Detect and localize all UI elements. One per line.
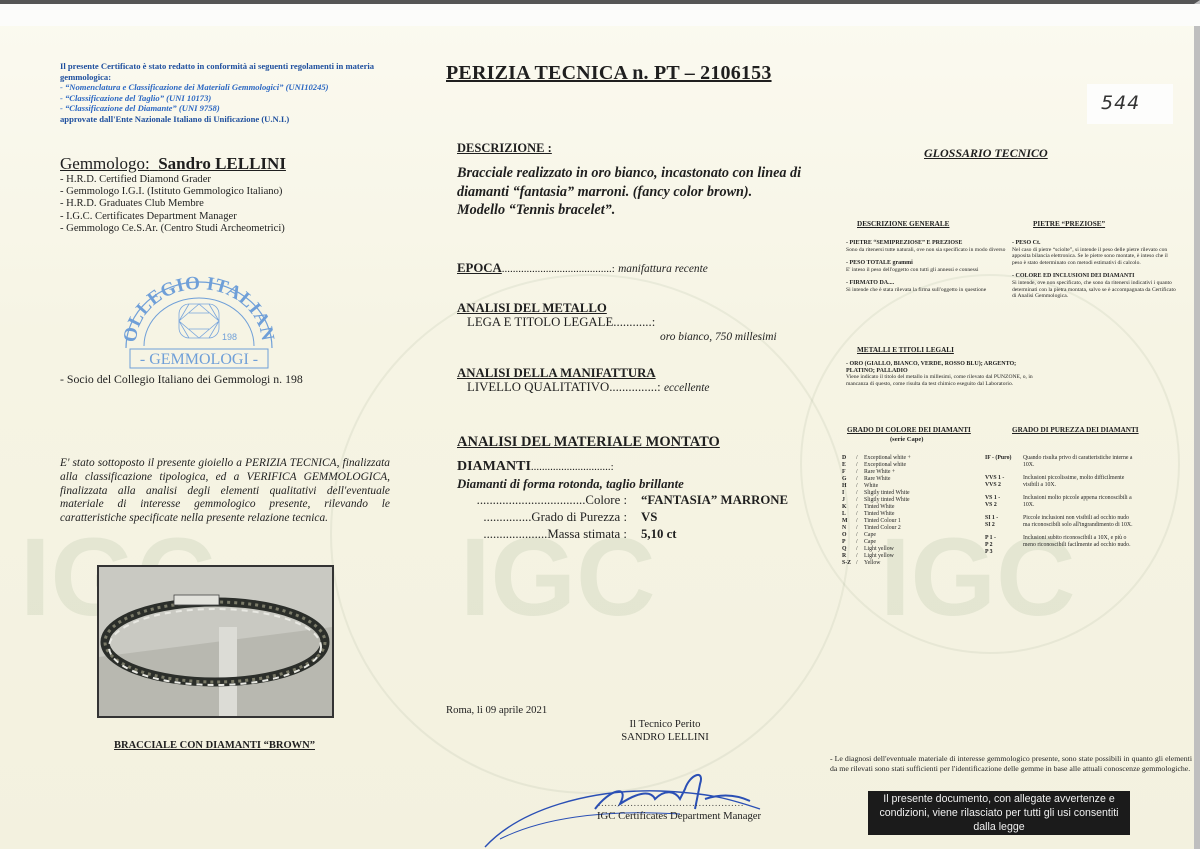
separator: / — [856, 462, 864, 469]
glossary-metals-entry: - ORO (GIALLO, BIANCO, VERDE, ROSSO BLU)… — [846, 361, 1036, 387]
diamonds-shape: Diamanti di forma rotonda, taglio brilla… — [457, 477, 684, 492]
purity-grade-desc: Inclusioni molto piccole appena riconosc… — [1023, 495, 1133, 509]
separator: / — [856, 539, 864, 546]
color-grade-code: K — [842, 504, 856, 511]
purity-grade-item: VVS 1 - VVS 2Inclusioni piccolissime, mo… — [985, 475, 1180, 489]
color-grade-item: M/Tinted Colour 1 — [842, 518, 911, 525]
signer-role: IGC Certificates Department Manager — [597, 810, 761, 822]
gemmologist-name: Sandro LELLINI — [158, 154, 286, 173]
glossary-definition: Nel caso di pietre “sciolte”, si intende… — [1012, 247, 1168, 266]
regulations-approval: approvate dall'Ente Nazionale Italiano d… — [60, 114, 410, 125]
certificate-title: PERIZIA TECNICA n. PT – 2106153 — [446, 62, 772, 85]
glossary-general-heading: DESCRIZIONE GENERALE — [857, 220, 949, 228]
gemmologist-heading: Gemmologo: Sandro LELLINI — [60, 154, 286, 174]
certificate-page: IGC IGC IGC Il presente Certificato è st… — [0, 0, 1200, 849]
epoca-value: manifattura recente — [618, 263, 708, 275]
separator: / — [856, 455, 864, 462]
color-grade-desc: Exceptional white + — [864, 455, 911, 461]
purity-grade-desc: Inclusioni piccolissime, molto difficilm… — [1023, 475, 1133, 489]
purity-grade-desc: Inclusioni subito riconoscibili a 10X, e… — [1023, 535, 1133, 556]
glossary-entry: - FIRMATO DA....Si intende che è stata r… — [846, 280, 1011, 293]
separator: / — [856, 546, 864, 553]
glossary-title: GLOSSARIO TECNICO — [924, 146, 1048, 161]
regulations-block: Il presente Certificato è stato redatto … — [60, 61, 410, 125]
glossary-term: - FIRMATO DA.... — [846, 280, 894, 286]
color-grade-desc: Rare White — [864, 476, 890, 482]
description-colon: : — [545, 141, 552, 155]
spec-label: ..................................Colore… — [457, 493, 627, 508]
credential-item: - H.R.D. Certified Diamond Grader — [60, 174, 285, 186]
spec-value: 5,10 ct — [641, 527, 677, 542]
spec-value: VS — [641, 510, 657, 525]
color-grade-desc: Light yellow — [864, 553, 894, 559]
purity-grade-item: SI 1 - SI 2Piccole inclusioni non visibi… — [985, 515, 1180, 529]
handwritten-number: 544 — [1087, 84, 1173, 124]
purity-grade-desc: Piccole inclusioni non visibili ad occhi… — [1023, 515, 1133, 529]
purity-grade-code: VS 1 - VS 2 — [985, 495, 1023, 509]
color-grade-item: I/Sligtly tinted White — [842, 490, 911, 497]
separator: / — [856, 532, 864, 539]
color-grade-code: M — [842, 518, 856, 525]
color-grade-desc: Exceptional white — [864, 462, 906, 468]
separator: / — [856, 525, 864, 532]
color-grade-item: E/Exceptional white — [842, 462, 911, 469]
regulation-item: - “Classificazione del Diamante” (UNI 97… — [60, 103, 410, 114]
stamp-bottom-text: - GEMMOLOGI - — [140, 351, 258, 368]
credential-item: - I.G.C. Certificates Department Manager — [60, 211, 285, 223]
diamond-icon — [179, 304, 219, 338]
glossary-entry: - PESO TOTALE grammiE' inteso il peso de… — [846, 260, 1011, 273]
manifattura-row: LIVELLO QUALITATIVO...............: ecce… — [467, 380, 709, 395]
color-grade-subheading: (serie Cape) — [890, 436, 923, 443]
credential-item: - Gemmologo Ce.S.Ar. (Centro Studi Arche… — [60, 223, 285, 235]
glossary-general-list: - PIETRE “SEMIPREZIOSE” E PREZIOSESono d… — [846, 240, 1011, 301]
color-grade-item: H/White — [842, 483, 911, 490]
disclaimer-text: - Le diagnosi dell'eventuale materiale d… — [830, 754, 1192, 774]
color-grade-desc: Tinted Colour 1 — [864, 518, 901, 524]
glossary-stones-heading: PIETRE “PREZIOSE” — [1033, 220, 1105, 228]
glossary-entry: - PESO Ct.Nel caso di pietre “sciolte”, … — [1012, 240, 1177, 266]
color-grade-item: D/Exceptional white + — [842, 455, 911, 462]
color-grade-item: L/Tinted White — [842, 511, 911, 518]
color-grade-desc: Light yellow — [864, 546, 894, 552]
purity-grade-item: VS 1 - VS 2Inclusioni molto piccole appe… — [985, 495, 1180, 509]
intro-paragraph: E' stato sottoposto il presente gioiello… — [60, 457, 390, 526]
epoca-row: EPOCA...................................… — [457, 261, 708, 276]
glossary-definition: Viene indicato il titolo del metallo in … — [846, 374, 1033, 387]
separator: / — [856, 469, 864, 476]
scan-top-strip — [0, 4, 1200, 26]
glossary-stones-list: - PESO Ct.Nel caso di pietre “sciolte”, … — [1012, 240, 1177, 307]
separator: / — [856, 483, 864, 490]
signer-block: Il Tecnico Perito SANDRO LELLINI — [590, 718, 740, 744]
material-heading: ANALISI DEL MATERIALE MONTATO — [457, 434, 720, 451]
color-grade-desc: White — [864, 483, 878, 489]
glossary-term: - PESO TOTALE grammi — [846, 260, 913, 266]
metal-heading: ANALISI DEL METALLO — [457, 301, 607, 316]
purity-grade-code: IF - (Puro) — [985, 455, 1023, 469]
color-grade-code: G — [842, 476, 856, 483]
color-grade-list: D/Exceptional white +E/Exceptional white… — [842, 455, 911, 567]
purity-grade-heading: GRADO DI PUREZZA DEI DIAMANTI — [1012, 426, 1139, 434]
collegio-stamp: COLLEGIO ITALIANO 198 - GEMMOLOGI - — [104, 266, 294, 371]
manifattura-label: LIVELLO QUALITATIVO...............: — [467, 380, 661, 394]
issue-date: Roma, li 09 aprile 2021 — [446, 704, 547, 716]
glossary-definition: Si intende, ove non specificato, che son… — [1012, 280, 1176, 299]
description-text: Bracciale realizzato in oro bianco, inca… — [457, 164, 802, 220]
separator: / — [856, 497, 864, 504]
description-heading: DESCRIZIONE : — [457, 141, 552, 156]
color-grade-desc: Sligtly tinted White — [864, 497, 910, 503]
glossary-term: - COLORE ED INCLUSIONI DEI DIAMANTI — [1012, 273, 1135, 279]
separator: / — [856, 476, 864, 483]
color-grade-code: Q — [842, 546, 856, 553]
spec-label: ....................Massa stimata : — [457, 527, 627, 542]
color-grade-item: F/Rare White + — [842, 469, 911, 476]
epoca-label: EPOCA — [457, 261, 502, 275]
color-grade-code: E — [842, 462, 856, 469]
bracelet-photo — [97, 565, 334, 718]
spec-value: “FANTASIA” MARRONE — [641, 493, 788, 508]
glossary-definition: E' inteso il peso dell'oggetto con tutti… — [846, 267, 979, 273]
membership-text: - Socio del Collegio Italiano dei Gemmol… — [60, 372, 303, 387]
color-grade-code: J — [842, 497, 856, 504]
regulation-item: - “Nomenclatura e Classificazione dei Ma… — [60, 82, 410, 93]
signature-icon — [480, 769, 780, 849]
separator: / — [856, 511, 864, 518]
legal-notice: Il presente documento, con allegate avve… — [868, 791, 1130, 835]
color-grade-code: L — [842, 511, 856, 518]
color-grade-desc: Cape — [864, 532, 876, 538]
color-grade-code: P — [842, 539, 856, 546]
color-grade-code: F — [842, 469, 856, 476]
color-grade-desc: Yellow — [864, 560, 881, 566]
purity-grade-list: IF - (Puro)Quando risulta privo di carat… — [985, 455, 1180, 562]
purity-grade-item: P 1 - P 2 P 3Inclusioni subito riconosci… — [985, 535, 1180, 556]
purity-grade-code: P 1 - P 2 P 3 — [985, 535, 1023, 556]
purity-grade-item: IF - (Puro)Quando risulta privo di carat… — [985, 455, 1180, 469]
gemmologist-label: Gemmologo: — [60, 154, 150, 173]
purity-grade-code: VVS 1 - VVS 2 — [985, 475, 1023, 489]
glossary-definition: Sono da ritenersi tutte naturali, ove no… — [846, 247, 1005, 253]
signer-name: SANDRO LELLINI — [590, 731, 740, 744]
color-grade-desc: Sligtly tinted White — [864, 490, 910, 496]
color-grade-item: R/Light yellow — [842, 553, 911, 560]
epoca-dots: ........................................… — [502, 263, 615, 275]
color-grade-desc: Tinted White — [864, 504, 894, 510]
color-grade-code: R — [842, 553, 856, 560]
color-grade-item: N/Tinted Colour 2 — [842, 525, 911, 532]
color-grade-code: H — [842, 483, 856, 490]
diamonds-dots: .............................: — [531, 461, 614, 473]
glossary-metals-heading: METALLI E TITOLI LEGALI — [857, 346, 954, 354]
color-grade-item: K/Tinted White — [842, 504, 911, 511]
color-grade-item: G/Rare White — [842, 476, 911, 483]
glossary-entry: - PIETRE “SEMIPREZIOSE” E PREZIOSESono d… — [846, 240, 1011, 253]
spec-label: ...............Grado di Purezza : — [457, 510, 627, 525]
separator: / — [856, 490, 864, 497]
color-grade-code: O — [842, 532, 856, 539]
separator: / — [856, 518, 864, 525]
diamonds-heading: DIAMANTI.............................: — [457, 459, 614, 475]
spec-row-color: ..................................Colore… — [457, 493, 817, 508]
credential-item: - H.R.D. Graduates Club Membre — [60, 198, 285, 210]
separator: / — [856, 553, 864, 560]
gemmologist-credentials: - H.R.D. Certified Diamond Grader - Gemm… — [60, 174, 285, 235]
stamp-number: 198 — [222, 332, 237, 342]
color-grade-item: J/Sligtly tinted White — [842, 497, 911, 504]
glossary-definition: Si intende che è stata rilevata la firma… — [846, 287, 986, 293]
color-grade-code: S-Z — [842, 560, 856, 567]
manifattura-heading: ANALISI DELLA MANIFATTURA — [457, 366, 656, 381]
regulation-item: - “Classificazione del Taglio” (UNI 1017… — [60, 93, 410, 104]
separator: / — [856, 504, 864, 511]
color-grade-code: D — [842, 455, 856, 462]
color-grade-desc: Rare White + — [864, 469, 895, 475]
credential-item: - Gemmologo I.G.I. (Istituto Gemmologico… — [60, 186, 285, 198]
diamonds-label: DIAMANTI — [457, 459, 531, 474]
color-grade-desc: Cape — [864, 539, 876, 545]
purity-grade-desc: Quando risulta privo di caratteristiche … — [1023, 455, 1133, 469]
photo-caption: BRACCIALE CON DIAMANTI “BROWN” — [114, 740, 315, 751]
color-grade-item: Q/Light yellow — [842, 546, 911, 553]
color-grade-desc: Tinted White — [864, 511, 894, 517]
color-grade-item: O/Cape — [842, 532, 911, 539]
glossary-term: - PESO Ct. — [1012, 240, 1041, 246]
description-heading-label: DESCRIZIONE — [457, 141, 545, 155]
separator: / — [856, 560, 864, 567]
color-grade-heading: GRADO DI COLORE DEI DIAMANTI — [847, 426, 971, 434]
regulations-intro: Il presente Certificato è stato redatto … — [60, 61, 410, 82]
glossary-entry: - COLORE ED INCLUSIONI DEI DIAMANTISi in… — [1012, 273, 1177, 299]
metal-value: oro bianco, 750 millesimi — [660, 331, 777, 343]
color-grade-code: N — [842, 525, 856, 532]
spec-row-purity: ...............Grado di Purezza : VS — [457, 510, 817, 525]
manifattura-value: eccellente — [664, 382, 710, 394]
color-grade-code: I — [842, 490, 856, 497]
color-grade-desc: Tinted Colour 2 — [864, 525, 901, 531]
purity-grade-code: SI 1 - SI 2 — [985, 515, 1023, 529]
color-grade-item: S-Z/Yellow — [842, 560, 911, 567]
metal-label: LEGA E TITOLO LEGALE............: — [467, 315, 655, 330]
signer-title: Il Tecnico Perito — [590, 718, 740, 731]
spec-row-mass: ....................Massa stimata : 5,10… — [457, 527, 817, 542]
signature-line: ........................................… — [598, 798, 778, 808]
glossary-term: - PIETRE “SEMIPREZIOSE” E PREZIOSE — [846, 240, 962, 246]
color-grade-item: P/Cape — [842, 539, 911, 546]
glossary-term: - ORO (GIALLO, BIANCO, VERDE, ROSSO BLU)… — [846, 361, 1016, 374]
